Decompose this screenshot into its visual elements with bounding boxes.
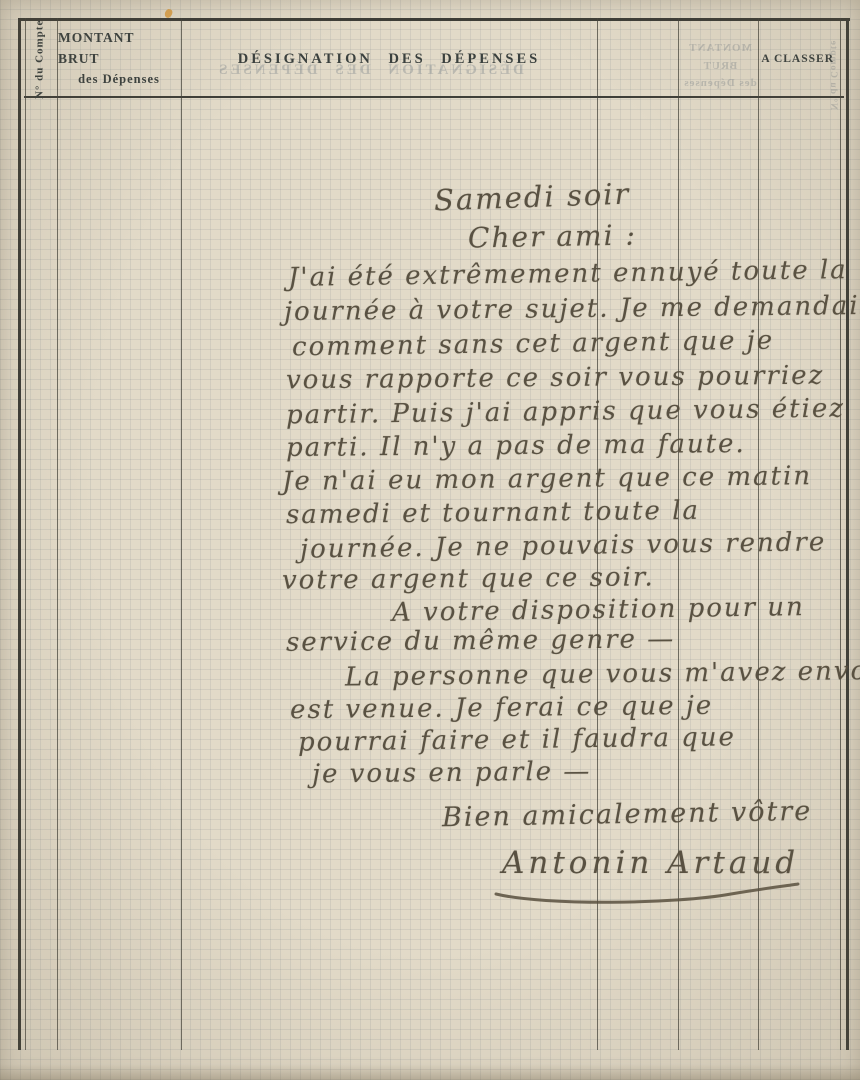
letter-line: samedi et tournant toute la bbox=[286, 496, 700, 530]
column-rule-account bbox=[57, 18, 58, 1050]
bleedthrough-montant: MONTANT BRUT des Dépenses bbox=[678, 40, 762, 93]
right-frame-rule-thick bbox=[846, 18, 849, 1050]
letter-line: est venue. Je ferai ce que je bbox=[290, 691, 714, 725]
letter-line: je vous en parle — bbox=[312, 757, 592, 790]
header-montant-line2: des Dépenses bbox=[78, 70, 160, 89]
paper-bottom-edge bbox=[0, 1064, 860, 1080]
letter-line: J'ai été extrêmement ennuyé toute la bbox=[288, 255, 848, 293]
signature-flourish bbox=[486, 876, 806, 910]
header-designation-label: DÉSIGNATION DES DÉPENSES bbox=[182, 20, 596, 98]
letter-line: La personne que vous m'avez envoyée bbox=[345, 655, 860, 692]
left-frame-rule-thin bbox=[25, 18, 26, 1050]
bleedthrough-designation: DÉSIGNATION DES DÉPENSES bbox=[150, 62, 590, 79]
column-rule-montant bbox=[181, 18, 182, 1050]
letter-salutation: Cher ami : bbox=[468, 219, 637, 255]
right-frame-rule-thin bbox=[840, 18, 841, 1050]
letter-line: comment sans cet argent que je bbox=[292, 326, 775, 363]
letter-closing: Bien amicalement vôtre bbox=[442, 796, 813, 833]
letter-dateline: Samedi soir bbox=[433, 177, 630, 218]
letter-line: service du même genre — bbox=[286, 624, 675, 657]
letter-line: Je n'ai eu mon argent que ce matin bbox=[282, 461, 812, 497]
header-montant-label: MONTANT BRUT des Dépenses bbox=[58, 20, 180, 98]
letter-line: parti. Il n'y a pas de ma faute. bbox=[286, 429, 746, 463]
letter-line: partir. Puis j'ai appris que vous étiez bbox=[286, 394, 845, 431]
letter-line: pourrai faire et il faudra que bbox=[298, 722, 736, 757]
left-frame-rule-thick bbox=[18, 18, 21, 1050]
bleedthrough-montant-line1: MONTANT BRUT bbox=[688, 42, 752, 72]
bleedthrough-account: N° du Compte bbox=[820, 30, 838, 120]
letter-line: journée à votre sujet. Je me demandais bbox=[284, 291, 860, 327]
letter-line: votre argent que ce soir. bbox=[282, 562, 655, 595]
letter-line: vous rapporte ce soir vous pourriez bbox=[286, 361, 825, 396]
ledger-letter-page: N° du Compte MONTANT BRUT des Dépenses D… bbox=[0, 0, 860, 1080]
letter-line: A votre disposition pour un bbox=[392, 592, 805, 628]
bleedthrough-montant-line2: des Dépenses bbox=[683, 77, 756, 89]
header-account-column-label: N° du Compte bbox=[22, 20, 57, 98]
letter-line: journée. Je ne pouvais vous rendre bbox=[300, 527, 827, 564]
